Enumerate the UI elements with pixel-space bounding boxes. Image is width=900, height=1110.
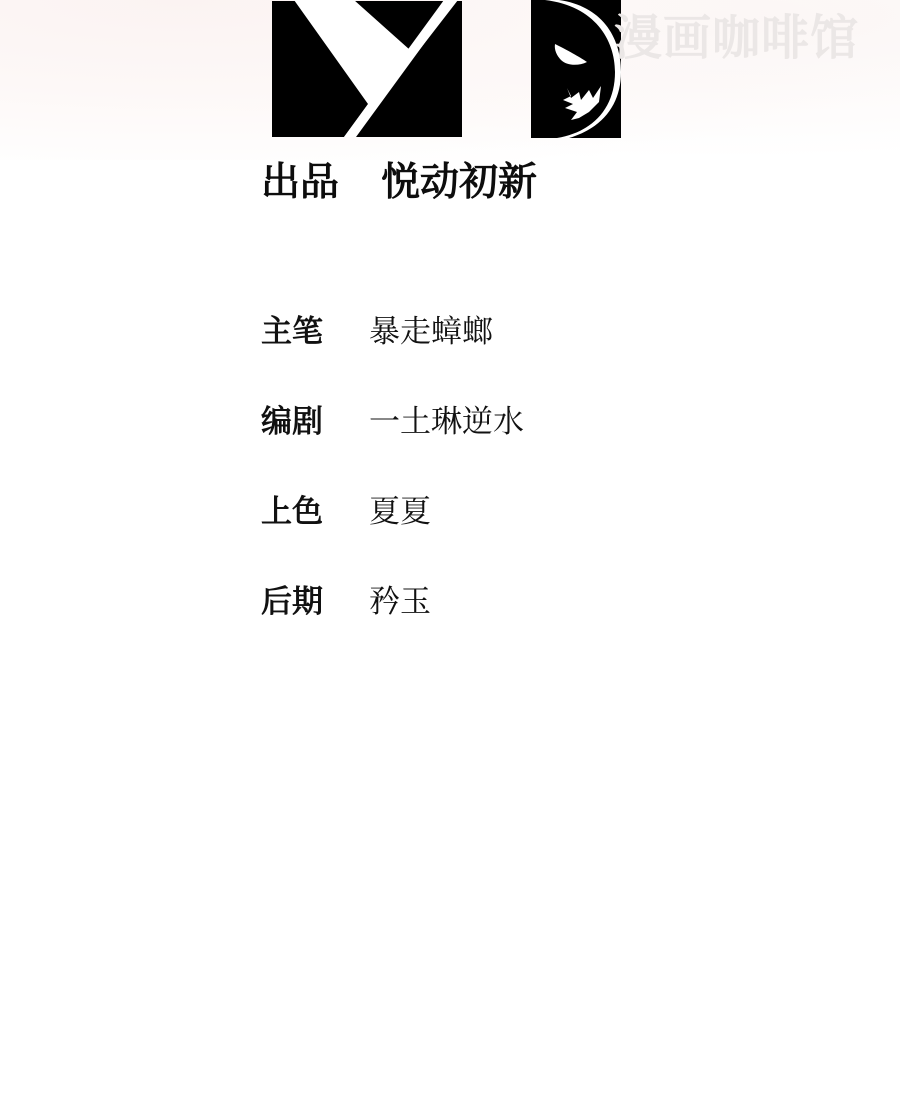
producer-line: 出品悦动初新 <box>261 160 537 207</box>
credit-name: 暴走蟑螂 <box>369 314 493 351</box>
credit-name: 夏夏 <box>369 494 431 531</box>
credit-role: 后期 <box>261 584 323 621</box>
credit-role: 编剧 <box>261 404 323 441</box>
watermark-text: 漫画咖啡馆 <box>614 14 859 62</box>
logo-y-block-icon <box>272 0 462 137</box>
studio-logo <box>272 0 624 140</box>
credit-role: 上色 <box>261 494 323 531</box>
credit-name: 矜玉 <box>369 584 431 621</box>
credit-name: 一土琳逆水 <box>369 404 524 441</box>
logo-d-moon-icon <box>531 0 621 138</box>
producer-name: 悦动初新 <box>381 160 537 205</box>
credit-role: 主笔 <box>261 314 323 351</box>
producer-label: 出品 <box>261 160 339 205</box>
